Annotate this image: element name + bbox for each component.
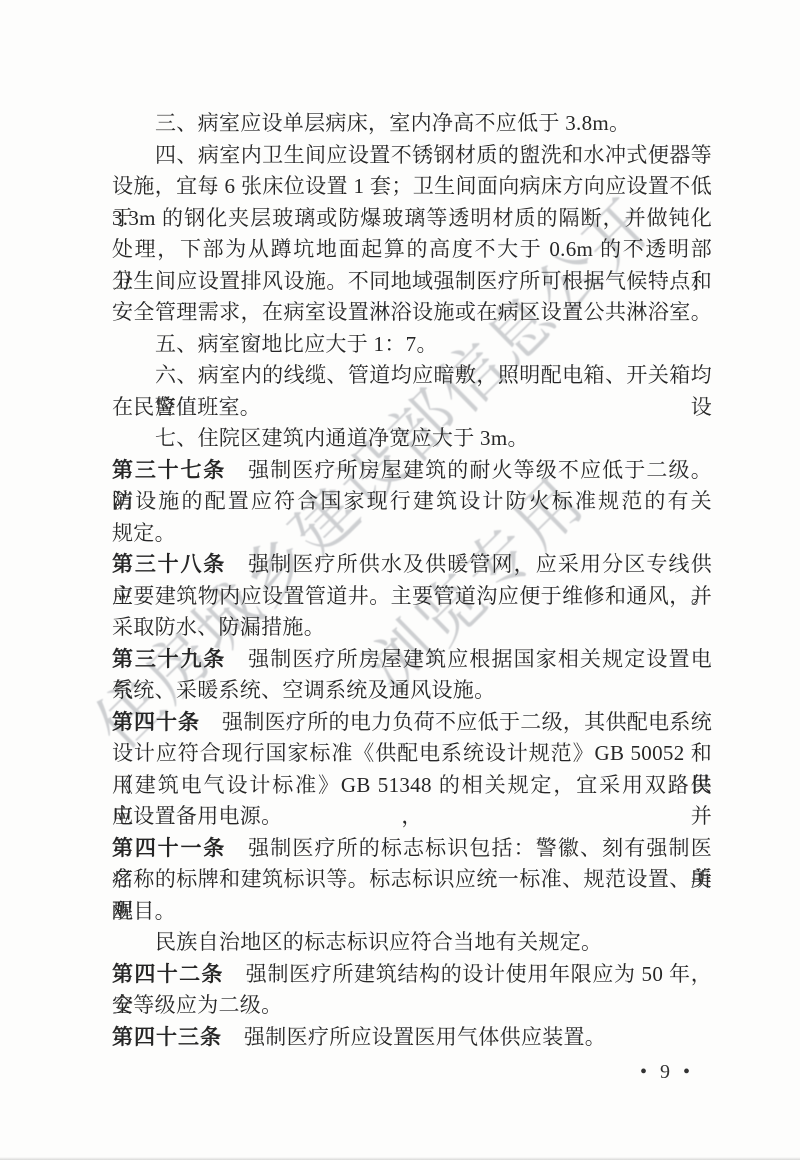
article-number: 第三十七条 xyxy=(112,459,226,482)
text-line: 名称的标牌和建筑标识等。标志标识应统一标准、规范设置、美观 xyxy=(112,864,712,896)
text-line: 主要建筑物内应设置管道井。主要管道沟应便于维修和通风，并 xyxy=(112,581,712,613)
text-line: 设计应符合现行国家标准《供配电系统设计规范》GB 50052 和《民 xyxy=(112,738,712,770)
page-number: • 9 • xyxy=(627,1061,707,1084)
text-line: 系统、采暖系统、空调系统及通风设施。 xyxy=(112,675,712,707)
text-line: 卫生间应设置排风设施。不同地域强制医疗所可根据气候特点和 xyxy=(112,266,712,298)
text-line: 3.3m 的钢化夹层玻璃或防爆玻璃等透明材质的隔断，并做钝化 xyxy=(112,203,712,235)
text-line: 六、病室内的线缆、管道均应暗敷，照明配电箱、开关箱均应设 xyxy=(112,360,712,392)
text-line: 设施，宜每 6 张床位设置 1 套；卫生间面向病床方向应设置不低于 xyxy=(112,171,712,203)
text-line: 四、病室内卫生间应设置不锈钢材质的盥洗和水冲式便器等 xyxy=(112,140,712,172)
text-line: 规定。 xyxy=(112,518,712,550)
article-line: 第三十九条强制医疗所房屋建筑应根据国家相关规定设置电气 xyxy=(112,644,712,676)
text-line: 用建筑电气设计标准》GB 51348 的相关规定，宜采用双路供电，并 xyxy=(112,770,712,802)
text-line: 七、住院区建筑内通道净宽应大于 3m。 xyxy=(112,423,712,455)
article-number: 第三十九条 xyxy=(112,648,226,671)
text-line: 民族自治地区的标志标识应符合当地有关规定。 xyxy=(112,927,712,959)
article-number: 第三十八条 xyxy=(112,553,226,576)
article-number: 第四十一条 xyxy=(112,837,226,860)
document-lines: 三、病室应设单层病床，室内净高不应低于 3.8m。四、病室内卫生间应设置不锈钢材… xyxy=(112,108,712,1053)
article-number: 第四十条 xyxy=(112,711,200,734)
article-line: 第三十七条强制医疗所房屋建筑的耐火等级不应低于二级。消 xyxy=(112,455,712,487)
text-line: 采取防水、防漏措施。 xyxy=(112,612,712,644)
text-line: 五、病室窗地比应大于 1：7。 xyxy=(112,329,712,361)
text-line: 全等级应为二级。 xyxy=(112,990,712,1022)
article-line: 第四十二条强制医疗所建筑结构的设计使用年限应为 50 年，安 xyxy=(112,959,712,991)
article-line: 第四十三条强制医疗所应设置医用气体供应装置。 xyxy=(112,1022,712,1054)
article-number: 第四十三条 xyxy=(112,1026,222,1049)
text-line: 三、病室应设单层病床，室内净高不应低于 3.8m。 xyxy=(112,108,712,140)
text-line: 醒目。 xyxy=(112,896,712,928)
document-page: 住房城乡建设部信息公开 浏览专用 三、病室应设单层病床，室内净高不应低于 3.8… xyxy=(0,0,800,1160)
text-line: 防设施的配置应符合国家现行建筑设计防火标准规范的有关 xyxy=(112,486,712,518)
article-line: 第三十八条强制医疗所供水及供暖管网，应采用分区专线供应。 xyxy=(112,549,712,581)
article-number: 第四十二条 xyxy=(112,963,224,986)
text-line: 处理，下部为从蹲坑地面起算的高度不大于 0.6m 的不透明部分； xyxy=(112,234,712,266)
text-line: 安全管理需求，在病室设置淋浴设施或在病区设置公共淋浴室。 xyxy=(112,297,712,329)
article-line: 第四十条强制医疗所的电力负荷不应低于二级，其供配电系统 xyxy=(112,707,712,739)
article-line: 第四十一条强制医疗所的标志标识包括：警徽、刻有强制医疗所 xyxy=(112,833,712,865)
